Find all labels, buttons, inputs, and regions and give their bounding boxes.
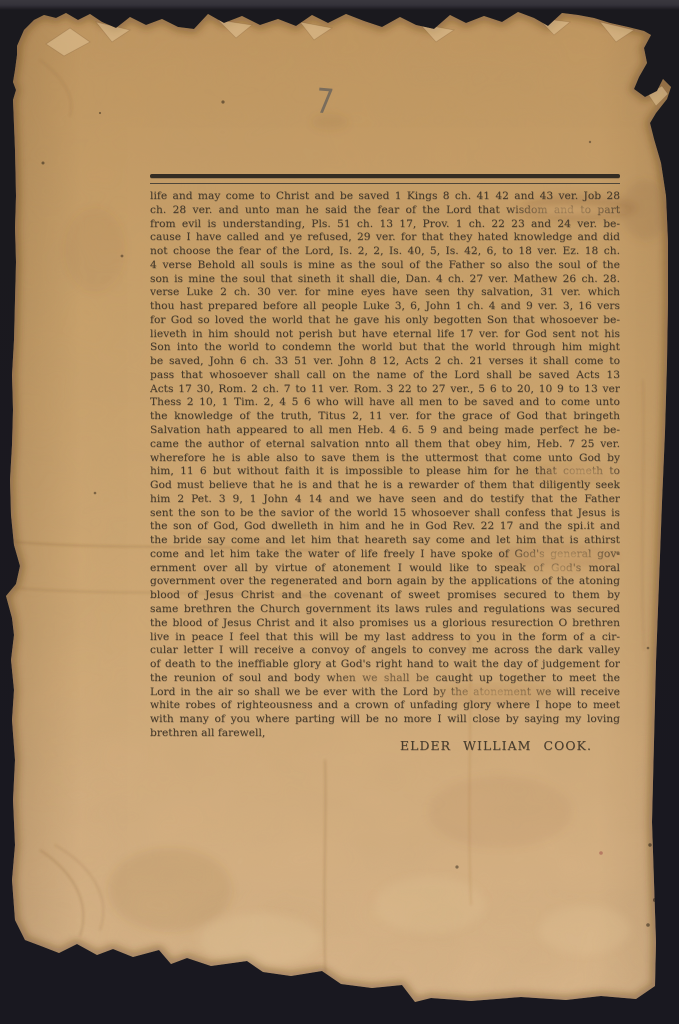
handwritten-page-number: 7	[314, 81, 335, 122]
letter-text-line: sent the son to be the savior of the wor…	[150, 507, 620, 521]
letter-text-line: came the author of eternal salvation nnt…	[150, 438, 620, 452]
letter-text-line: Acts 17 30, Rom. 2 ch. 7 to 11 ver. Rom.…	[150, 383, 620, 397]
letter-text-line: same brethren the Church government its …	[150, 603, 620, 617]
letter-text-line: government over the regenerated and born…	[150, 575, 620, 589]
letter-text-line: Thess 2 10, 1 Tim. 2, 4 5 6 who will hav…	[150, 396, 620, 410]
letter-text-line: white robes of righteousness and a crown…	[150, 699, 620, 713]
ink-fade-patch	[424, 685, 569, 701]
letter-text-line: the blood of Jesus Christ and it also pr…	[150, 617, 620, 631]
scanned-page-photo: 7 life and may come to Christ and be sav…	[0, 0, 679, 1024]
letter-text-line: the knowledge of the truth, Titus 2, 11 …	[150, 410, 620, 424]
letter-text-line: cause I have called and ye refused, 29 v…	[150, 231, 620, 245]
ink-fade-patch	[517, 561, 597, 577]
letter-text-line: cular letter I will receive a convoy of …	[150, 644, 620, 658]
letter-text-line: live in peace I feel that this will be m…	[150, 631, 620, 645]
letter-text-line: blood of Jesus Christ and the covenant o…	[150, 589, 620, 603]
letter-text-line: for God so loved the world that he gave …	[150, 314, 620, 328]
letter-text-line: from evil is understanding, Pls. 51 ch. …	[150, 218, 620, 232]
letter-text-line: 4 verse Behold all souls is mine as the …	[150, 259, 620, 273]
letter-text-line: Salvation hath appeared to all men Heb. …	[150, 424, 620, 438]
letter-text-line: verse Luke 2 ch. 30 ver. for mine eyes h…	[150, 286, 620, 300]
letter-text-line: with many of you where parting will be n…	[150, 713, 620, 727]
letter-text-line: lieveth in him should not perish but hav…	[150, 328, 620, 342]
divider-rule-thin	[150, 183, 620, 185]
letter-text-line: of death to the ineffiable glory at God'…	[150, 658, 620, 672]
letter-text-line: pass that whosoever shall call on the na…	[150, 369, 620, 383]
divider-rule-thick	[150, 174, 620, 178]
letter-text-line: be saved, John 6 ch. 33 51 ver. John 8 1…	[150, 355, 620, 369]
letter-text-line: thou hast prepared before all people Luk…	[150, 300, 620, 314]
letter-text-line: God must believe that he is and that he …	[150, 479, 620, 493]
ink-fade-patch	[534, 464, 629, 480]
ink-fade-patch	[504, 202, 632, 218]
page: 7 life and may come to Christ and be sav…	[0, 0, 679, 1024]
letter-text-line: the son of God, God dwelleth in him and …	[150, 520, 620, 534]
letter-text-line: wherefore he is able also to save them i…	[150, 452, 620, 466]
letter-text-line: the bride say come and let him that hear…	[150, 534, 620, 548]
letter-text-line: him 2 Pet. 3 9, 1 John 4 14 and we have …	[150, 493, 620, 507]
letter-text-line: Son into the world to condemn the world …	[150, 341, 620, 355]
letter-text-line: son is mine the soul that sineth it shal…	[150, 273, 620, 287]
ink-fade-patch	[318, 671, 453, 686]
signature-line: ELDER WILLIAM COOK.	[150, 738, 592, 753]
letter-text-line: not choose the fear of the Lord, Is. 2, …	[150, 245, 620, 259]
